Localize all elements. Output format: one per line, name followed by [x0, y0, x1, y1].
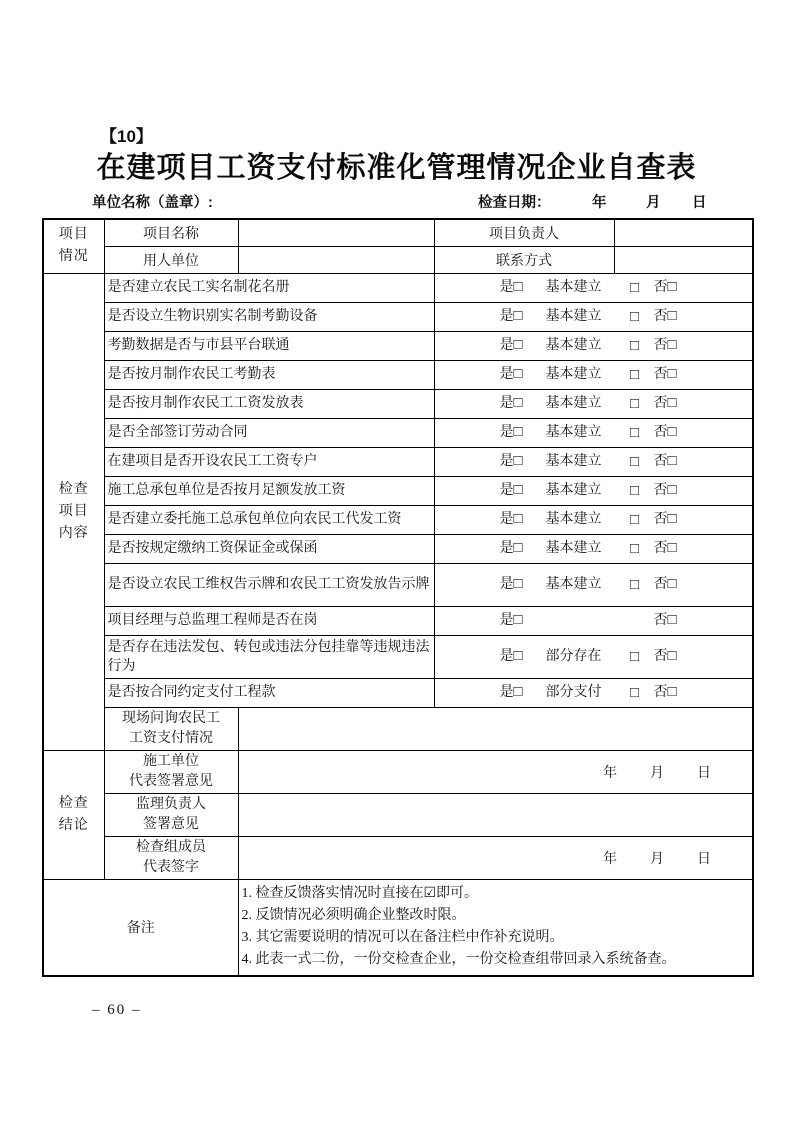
no-checkbox[interactable]: □: [668, 308, 677, 324]
table-row: 是否设立生物识别实名制考勤设备 是□ 基本建立 □ 否□: [43, 302, 753, 331]
table-row: 是否存在违法发包、转包或违法分包挂靠等违规违法行为 是□ 部分存在 □ 否□: [43, 635, 753, 678]
question-text: 是否全部签订劳动合同: [104, 418, 434, 447]
mid-label: 基本建立: [546, 366, 616, 384]
table-row: 是否按月制作农民工考勤表 是□ 基本建立 □ 否□: [43, 360, 753, 389]
yes-checkbox[interactable]: □: [514, 482, 523, 498]
mid-checkbox[interactable]: □: [616, 482, 654, 500]
no-checkbox[interactable]: □: [668, 612, 677, 628]
yes-checkbox[interactable]: □: [514, 395, 523, 411]
answer-options: 是□ 部分存在 □ 否□: [438, 647, 750, 666]
no-label: 否: [654, 649, 668, 664]
mid-checkbox[interactable]: □: [616, 424, 654, 442]
no-label: 否: [654, 367, 668, 382]
yes-label: 是: [500, 577, 514, 592]
no-checkbox[interactable]: □: [668, 395, 677, 411]
question-text: 考勤数据是否与市县平台联通: [104, 331, 434, 360]
remarks-note: 3. 其它需要说明的情况可以在备注栏中作补充说明。: [242, 927, 750, 949]
section-label-inspection-content: 检查 项目 内容: [43, 273, 104, 750]
mid-label: 基本建立: [546, 453, 616, 471]
day-label: 日: [692, 191, 707, 212]
table-row: 在建项目是否开设农民工工资专户 是□ 基本建立 □ 否□: [43, 447, 753, 476]
mid-checkbox[interactable]: □: [616, 576, 654, 594]
no-checkbox[interactable]: □: [668, 576, 677, 592]
table-row: 是否按合同约定支付工程款 是□ 部分支付 □ 否□: [43, 678, 753, 707]
answer-options: 是□ 基本建立 □ 否□: [438, 510, 750, 529]
answer-options: 是□ 基本建立 □ 否□: [438, 365, 750, 384]
question-text: 是否按月制作农民工工资发放表: [104, 389, 434, 418]
question-text: 是否按规定缴纳工资保证金或保函: [104, 534, 434, 563]
document-page: 【10】 在建项目工资支付标准化管理情况企业自查表 单位名称（盖章）: 检查日期…: [0, 0, 793, 1122]
employer-label: 用人单位: [104, 246, 238, 273]
page-number: – 60 –: [92, 1002, 142, 1019]
answer-options: 是□ 基本建立 □ 否□: [438, 539, 750, 558]
answer-options: 是□ 基本建立 □ 否□: [438, 452, 750, 471]
mid-checkbox[interactable]: □: [616, 511, 654, 529]
table-row: 是否按月制作农民工工资发放表 是□ 基本建立 □ 否□: [43, 389, 753, 418]
signature-date: 年月日: [242, 762, 750, 782]
yes-label: 是: [500, 685, 514, 700]
yes-label: 是: [500, 649, 514, 664]
mid-label: 部分存在: [546, 648, 616, 666]
mid-checkbox[interactable]: □: [616, 366, 654, 384]
no-label: 否: [654, 454, 668, 469]
remarks-label: 备注: [43, 879, 238, 976]
answer-options: 是□ 基本建立 □ 否□: [438, 481, 750, 500]
no-checkbox[interactable]: □: [668, 366, 677, 382]
mid-checkbox[interactable]: □: [616, 453, 654, 471]
form-header-line: 单位名称（盖章）: 检查日期： 年 月 日: [0, 191, 793, 213]
table-row: 备注 1. 检查反馈落实情况时直接在☑即可。 2. 反馈情况必须明确企业整改时限…: [43, 879, 753, 976]
no-label: 否: [654, 613, 668, 628]
page-title: 在建项目工资支付标准化管理情况企业自查表: [0, 145, 793, 186]
table-row: 是否设立农民工维权告示牌和农民工工资发放告示牌 是□ 基本建立 □ 否□: [43, 563, 753, 606]
year-label: 年: [592, 191, 607, 212]
yes-label: 是: [500, 338, 514, 353]
mid-label: 基本建立: [546, 576, 616, 594]
answer-options: 是□ 基本建立 □ 否□: [438, 575, 750, 594]
site-inquiry-field[interactable]: [238, 707, 753, 750]
mid-checkbox[interactable]: □: [616, 337, 654, 355]
no-checkbox[interactable]: □: [668, 511, 677, 527]
question-text: 项目经理与总监理工程师是否在岗: [104, 606, 434, 635]
constructor-signature-field[interactable]: 年月日: [238, 750, 753, 793]
table-row: 现场问询农民工 工资支付情况: [43, 707, 753, 750]
no-label: 否: [654, 685, 668, 700]
no-checkbox[interactable]: □: [668, 540, 677, 556]
document-number-tag: 【10】: [100, 122, 153, 147]
yes-checkbox[interactable]: □: [514, 576, 523, 592]
remarks-note: 2. 反馈情况必须明确企业整改时限。: [242, 905, 750, 927]
supervisor-signature-field[interactable]: [238, 793, 753, 836]
table-row: 监理负责人 签署意见: [43, 793, 753, 836]
inspection-date-label: 检查日期：: [478, 191, 551, 212]
mid-label: 基本建立: [546, 540, 616, 558]
mid-label: 基本建立: [546, 279, 616, 297]
signature-date: [242, 807, 750, 823]
yes-checkbox[interactable]: □: [514, 279, 523, 295]
yes-checkbox[interactable]: □: [514, 540, 523, 556]
mid-checkbox[interactable]: □: [616, 395, 654, 413]
table-row: 检查 结论 施工单位 代表签署意见 年月日: [43, 750, 753, 793]
yes-label: 是: [500, 309, 514, 324]
no-label: 否: [654, 309, 668, 324]
mid-checkbox[interactable]: □: [616, 308, 654, 326]
yes-checkbox[interactable]: □: [514, 453, 523, 469]
table-row: 项目经理与总监理工程师是否在岗 是□ 否□: [43, 606, 753, 635]
no-label: 否: [654, 577, 668, 592]
table-row: 是否按规定缴纳工资保证金或保函 是□ 基本建立 □ 否□: [43, 534, 753, 563]
supervisor-signature-label: 监理负责人 签署意见: [104, 793, 238, 836]
no-checkbox[interactable]: □: [668, 453, 677, 469]
no-checkbox[interactable]: □: [668, 684, 677, 700]
answer-options: 是□ 否□: [438, 611, 750, 630]
mid-label: 部分支付: [546, 684, 616, 702]
yes-checkbox[interactable]: □: [514, 511, 523, 527]
question-text: 是否设立农民工维权告示牌和农民工工资发放告示牌: [104, 563, 434, 606]
mid-label: 基本建立: [546, 424, 616, 442]
mid-checkbox[interactable]: □: [616, 279, 654, 297]
yes-label: 是: [500, 425, 514, 440]
project-name-field[interactable]: [238, 219, 434, 246]
employer-field[interactable]: [238, 246, 434, 273]
signature-date: 年月日: [242, 848, 750, 868]
no-checkbox[interactable]: □: [668, 279, 677, 295]
remarks-note: 4. 此表一式二份，一份交检查企业，一份交检查组带回录入系统备查。: [242, 949, 750, 971]
no-label: 否: [654, 541, 668, 556]
answer-options: 是□ 基本建立 □ 否□: [438, 394, 750, 413]
no-label: 否: [654, 280, 668, 295]
yes-label: 是: [500, 280, 514, 295]
no-checkbox[interactable]: □: [668, 648, 677, 664]
answer-options: 是□ 基本建立 □ 否□: [438, 278, 750, 297]
table-row: 用人单位 联系方式: [43, 246, 753, 273]
yes-label: 是: [500, 613, 514, 628]
yes-label: 是: [500, 396, 514, 411]
site-inquiry-label: 现场问询农民工 工资支付情况: [104, 707, 238, 750]
question-text: 施工总承包单位是否按月足额发放工资: [104, 476, 434, 505]
no-checkbox[interactable]: □: [668, 424, 677, 440]
inspection-team-signature-label: 检查组成员 代表签字: [104, 836, 238, 879]
yes-checkbox[interactable]: □: [514, 648, 523, 664]
yes-label: 是: [500, 512, 514, 527]
section-label-conclusion: 检查 结论: [43, 750, 104, 879]
yes-label: 是: [500, 454, 514, 469]
yes-checkbox[interactable]: □: [514, 612, 523, 628]
unit-name-label: 单位名称（盖章）:: [92, 191, 213, 212]
question-text: 是否存在违法发包、转包或违法分包挂靠等违规违法行为: [104, 635, 434, 678]
answer-options: 是□ 基本建立 □ 否□: [438, 336, 750, 355]
project-leader-label: 项目负责人: [434, 219, 614, 246]
mid-label: 基本建立: [546, 511, 616, 529]
table-row: 检查 项目 内容 是否建立农民工实名制花名册 是□ 基本建立 □ 否□: [43, 273, 753, 302]
yes-checkbox[interactable]: □: [514, 424, 523, 440]
self-inspection-table: 项目 情况 项目名称 项目负责人 用人单位 联系方式 检查 项目 内容 是否建立…: [42, 218, 754, 977]
question-text: 是否按月制作农民工考勤表: [104, 360, 434, 389]
yes-checkbox[interactable]: □: [514, 684, 523, 700]
answer-options: 是□ 基本建立 □ 否□: [438, 307, 750, 326]
yes-checkbox[interactable]: □: [514, 337, 523, 353]
table-row: 考勤数据是否与市县平台联通 是□ 基本建立 □ 否□: [43, 331, 753, 360]
remarks-note: 1. 检查反馈落实情况时直接在☑即可。: [242, 883, 750, 905]
no-checkbox[interactable]: □: [668, 337, 677, 353]
yes-label: 是: [500, 483, 514, 498]
question-text: 是否设立生物识别实名制考勤设备: [104, 302, 434, 331]
mid-label: 基本建立: [546, 308, 616, 326]
question-text: 在建项目是否开设农民工工资专户: [104, 447, 434, 476]
table-row: 项目 情况 项目名称 项目负责人: [43, 219, 753, 246]
mid-checkbox[interactable]: □: [616, 648, 654, 666]
section-label-project-info: 项目 情况: [43, 219, 104, 273]
question-text: 是否建立委托施工总承包单位向农民工代发工资: [104, 505, 434, 534]
contact-field[interactable]: [614, 246, 753, 273]
question-text: 是否按合同约定支付工程款: [104, 678, 434, 707]
inspection-team-signature-field[interactable]: 年月日: [238, 836, 753, 879]
mid-label: 基本建立: [546, 482, 616, 500]
table-row: 是否全部签订劳动合同 是□ 基本建立 □ 否□: [43, 418, 753, 447]
question-text: 是否建立农民工实名制花名册: [104, 273, 434, 302]
contact-label: 联系方式: [434, 246, 614, 273]
mid-checkbox[interactable]: □: [616, 684, 654, 702]
mid-checkbox[interactable]: □: [616, 540, 654, 558]
answer-options: 是□ 部分支付 □ 否□: [438, 683, 750, 702]
table-row: 是否建立委托施工总承包单位向农民工代发工资 是□ 基本建立 □ 否□: [43, 505, 753, 534]
answer-options: 是□ 基本建立 □ 否□: [438, 423, 750, 442]
month-label: 月: [646, 191, 661, 212]
table-row: 施工总承包单位是否按月足额发放工资 是□ 基本建立 □ 否□: [43, 476, 753, 505]
no-label: 否: [654, 483, 668, 498]
project-leader-field[interactable]: [614, 219, 753, 246]
project-name-label: 项目名称: [104, 219, 238, 246]
yes-label: 是: [500, 367, 514, 382]
no-label: 否: [654, 338, 668, 353]
yes-checkbox[interactable]: □: [514, 308, 523, 324]
mid-label: 基本建立: [546, 395, 616, 413]
no-label: 否: [654, 396, 668, 411]
no-label: 否: [654, 512, 668, 527]
yes-label: 是: [500, 541, 514, 556]
constructor-signature-label: 施工单位 代表签署意见: [104, 750, 238, 793]
table-row: 检查组成员 代表签字 年月日: [43, 836, 753, 879]
mid-label: 基本建立: [546, 337, 616, 355]
no-checkbox[interactable]: □: [668, 482, 677, 498]
no-label: 否: [654, 425, 668, 440]
yes-checkbox[interactable]: □: [514, 366, 523, 382]
remarks-notes: 1. 检查反馈落实情况时直接在☑即可。 2. 反馈情况必须明确企业整改时限。 3…: [238, 879, 753, 976]
